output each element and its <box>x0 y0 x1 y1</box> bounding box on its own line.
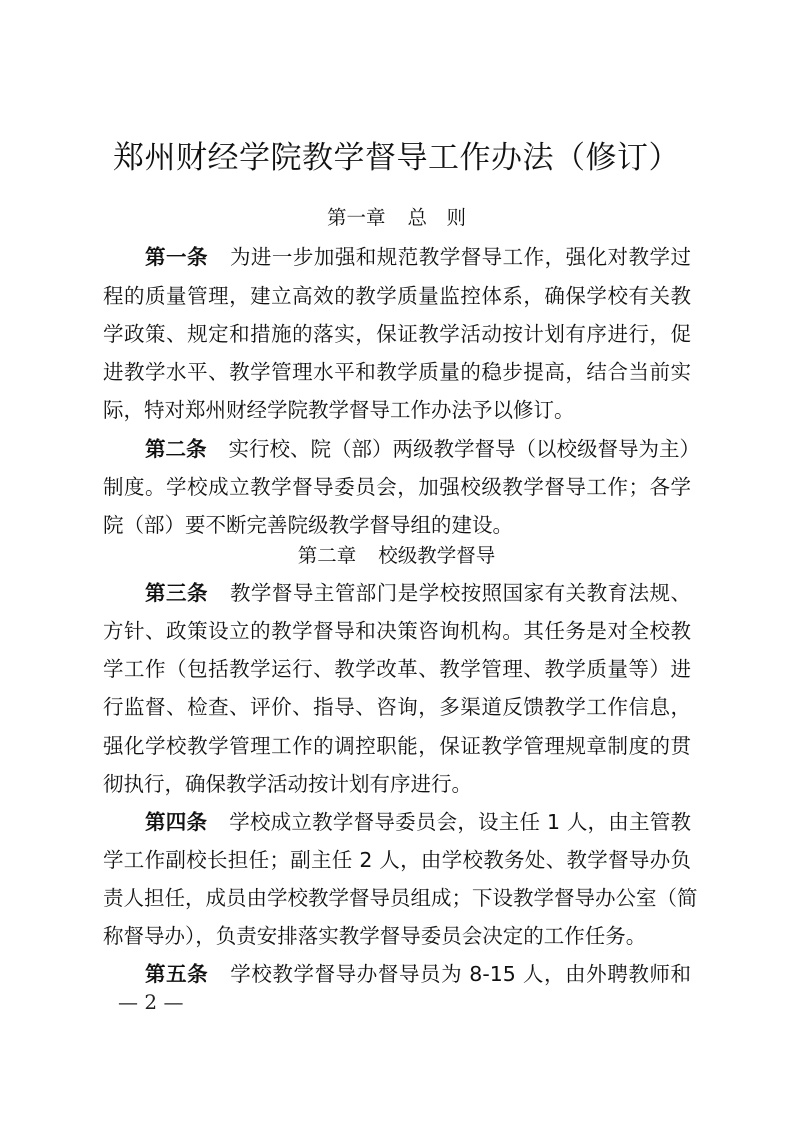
article-2-line-3: 院（部）要不断完善院级教学督导组的建设。 <box>103 511 691 539</box>
document-title: 郑州财经学院教学督导工作办法（修订） <box>0 138 793 178</box>
article-2-line-1: 第二条实行校、院（部）两级教学督导（以校级督导为主） <box>145 435 691 463</box>
article-4-line-2: 学工作副校长担任；副主任 2 人，由学校教务处、教学督导办负 <box>103 846 691 874</box>
article-label: 第三条 <box>145 581 208 605</box>
article-3-line-5: 强化学校教学管理工作的调控职能，保证教学管理规章制度的贯 <box>103 732 691 760</box>
article-1-line-4: 进教学水平、教学管理水平和教学质量的稳步提高，结合当前实 <box>103 358 691 386</box>
article-text: 教学督导主管部门是学校按照国家有关教育法规、 <box>230 581 691 605</box>
chapter-number: 第一章 <box>327 206 386 229</box>
article-4-line-3: 责人担任，成员由学校教学督导员组成；下设教学督导办公室（简 <box>103 884 691 912</box>
article-3-line-3: 学工作（包括教学运行、教学改革、教学管理、教学质量等）进 <box>103 655 691 683</box>
article-label: 第五条 <box>145 962 208 986</box>
article-text: 学校教学督导办督导员为 8-15 人，由外聘教师和 <box>230 962 691 986</box>
article-label: 第二条 <box>145 437 207 461</box>
article-label: 第一条 <box>145 245 208 269</box>
article-3-line-2: 方针、政策设立的教学督导和决策咨询机构。其任务是对全校教 <box>103 617 691 645</box>
article-4-line-1: 第四条学校成立教学督导委员会，设主任 1 人，由主管教 <box>145 808 691 836</box>
chapter-heading-1: 第一章总 则 <box>0 204 793 232</box>
article-4-line-4: 称督导办），负责安排落实教学督导委员会决定的工作任务。 <box>103 922 691 950</box>
article-5-line-1: 第五条学校教学督导办督导员为 8-15 人，由外聘教师和 <box>145 960 691 988</box>
article-3-line-4: 行监督、检查、评价、指导、咨询，多渠道反馈教学工作信息， <box>103 693 691 721</box>
chapter-number: 第二章 <box>298 544 357 567</box>
article-1-line-2: 程的质量管理，建立高效的教学质量监控体系，确保学校有关教 <box>103 282 691 310</box>
page-number: — 2 — <box>118 990 183 1014</box>
article-text: 学校成立教学督导委员会，设主任 1 人，由主管教 <box>229 810 691 834</box>
chapter-name: 校级教学督导 <box>378 544 495 567</box>
article-3-line-1: 第三条教学督导主管部门是学校按照国家有关教育法规、 <box>145 579 691 607</box>
article-3-line-6: 彻执行，确保教学活动按计划有序进行。 <box>103 770 691 798</box>
article-text: 为进一步加强和规范教学督导工作，强化对教学过 <box>230 245 691 269</box>
article-1-line-3: 学政策、规定和措施的落实，保证教学活动按计划有序进行，促 <box>103 320 691 348</box>
article-text: 实行校、院（部）两级教学督导（以校级督导为主） <box>229 437 701 461</box>
chapter-name: 总 则 <box>408 206 467 229</box>
article-1-line-1: 第一条为进一步加强和规范教学督导工作，强化对教学过 <box>145 243 691 271</box>
article-1-line-5: 际，特对郑州财经学院教学督导工作办法予以修订。 <box>103 396 691 424</box>
article-2-line-2: 制度。学校成立教学督导委员会，加强校级教学督导工作；各学 <box>103 473 691 501</box>
article-label: 第四条 <box>145 810 207 834</box>
chapter-heading-2: 第二章校级教学督导 <box>0 542 793 570</box>
